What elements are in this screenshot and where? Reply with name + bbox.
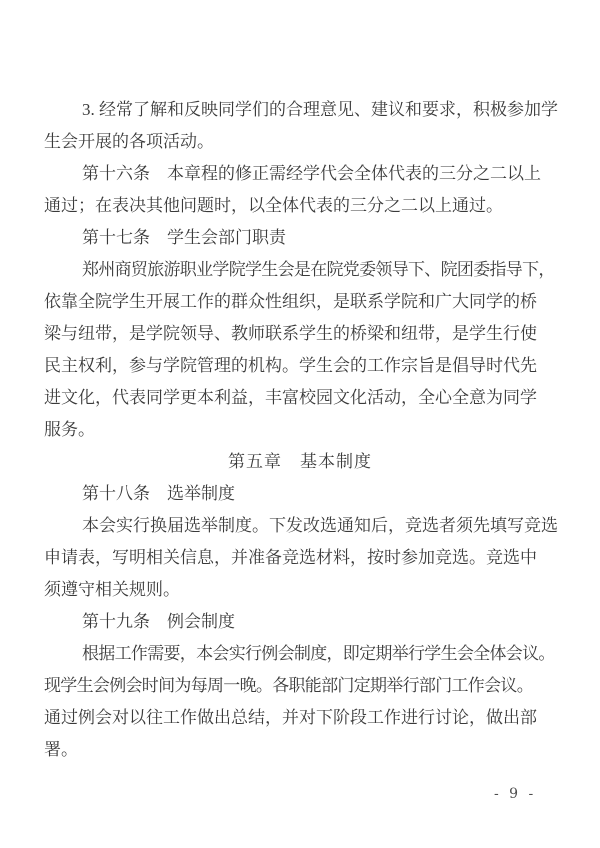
text-line: 第十七条 学生会部门职责 bbox=[44, 222, 556, 254]
text-line: 民主权利，参与学院管理的机构。学生会的工作宗旨是倡导时代先 bbox=[44, 350, 556, 382]
text-line: 梁与纽带，是学院领导、教师联系学生的桥梁和纽带，是学生行使 bbox=[44, 318, 556, 350]
text-line: 现学生会例会时间为每周一晚。各职能部门定期举行部门工作会议。 bbox=[44, 670, 556, 702]
text-line: 服务。 bbox=[44, 414, 556, 446]
text-line: 根据工作需要，本会实行例会制度，即定期举行学生会全体会议。 bbox=[44, 638, 556, 670]
text-line: 郑州商贸旅游职业学院学生会是在院党委领导下、院团委指导下， bbox=[44, 254, 556, 286]
text-line: 3. 经常了解和反映同学们的合理意见、建议和要求，积极参加学 bbox=[44, 94, 556, 126]
text-line: 进文化，代表同学更本利益，丰富校园文化活动，全心全意为同学 bbox=[44, 382, 556, 414]
page-number: - 9 - bbox=[494, 786, 564, 802]
text-line: 第十六条 本章程的修正需经学代会全体代表的三分之二以上 bbox=[44, 158, 556, 190]
text-line: 本会实行换届选举制度。下发改选通知后，竞选者须先填写竞选 bbox=[44, 510, 556, 542]
text-line: 申请表，写明相关信息，并准备竞选材料，按时参加竞选。竞选中 bbox=[44, 542, 556, 574]
text-line: 通过例会对以往工作做出总结，并对下阶段工作进行讨论，做出部 bbox=[44, 702, 556, 734]
text-line: 第十九条 例会制度 bbox=[44, 606, 556, 638]
chapter-heading: 第五章 基本制度 bbox=[44, 446, 556, 478]
text-line: 署。 bbox=[44, 734, 556, 766]
text-line: 生会开展的各项活动。 bbox=[44, 126, 556, 158]
text-line: 第十八条 选举制度 bbox=[44, 478, 556, 510]
document-body: 3. 经常了解和反映同学们的合理意见、建议和要求，积极参加学生会开展的各项活动。… bbox=[44, 94, 556, 766]
text-line: 通过；在表决其他问题时，以全体代表的三分之二以上通过。 bbox=[44, 190, 556, 222]
document-page: 3. 经常了解和反映同学们的合理意见、建议和要求，积极参加学生会开展的各项活动。… bbox=[0, 0, 600, 848]
text-line: 依靠全院学生开展工作的群众性组织，是联系学院和广大同学的桥 bbox=[44, 286, 556, 318]
text-line: 须遵守相关规则。 bbox=[44, 574, 556, 606]
